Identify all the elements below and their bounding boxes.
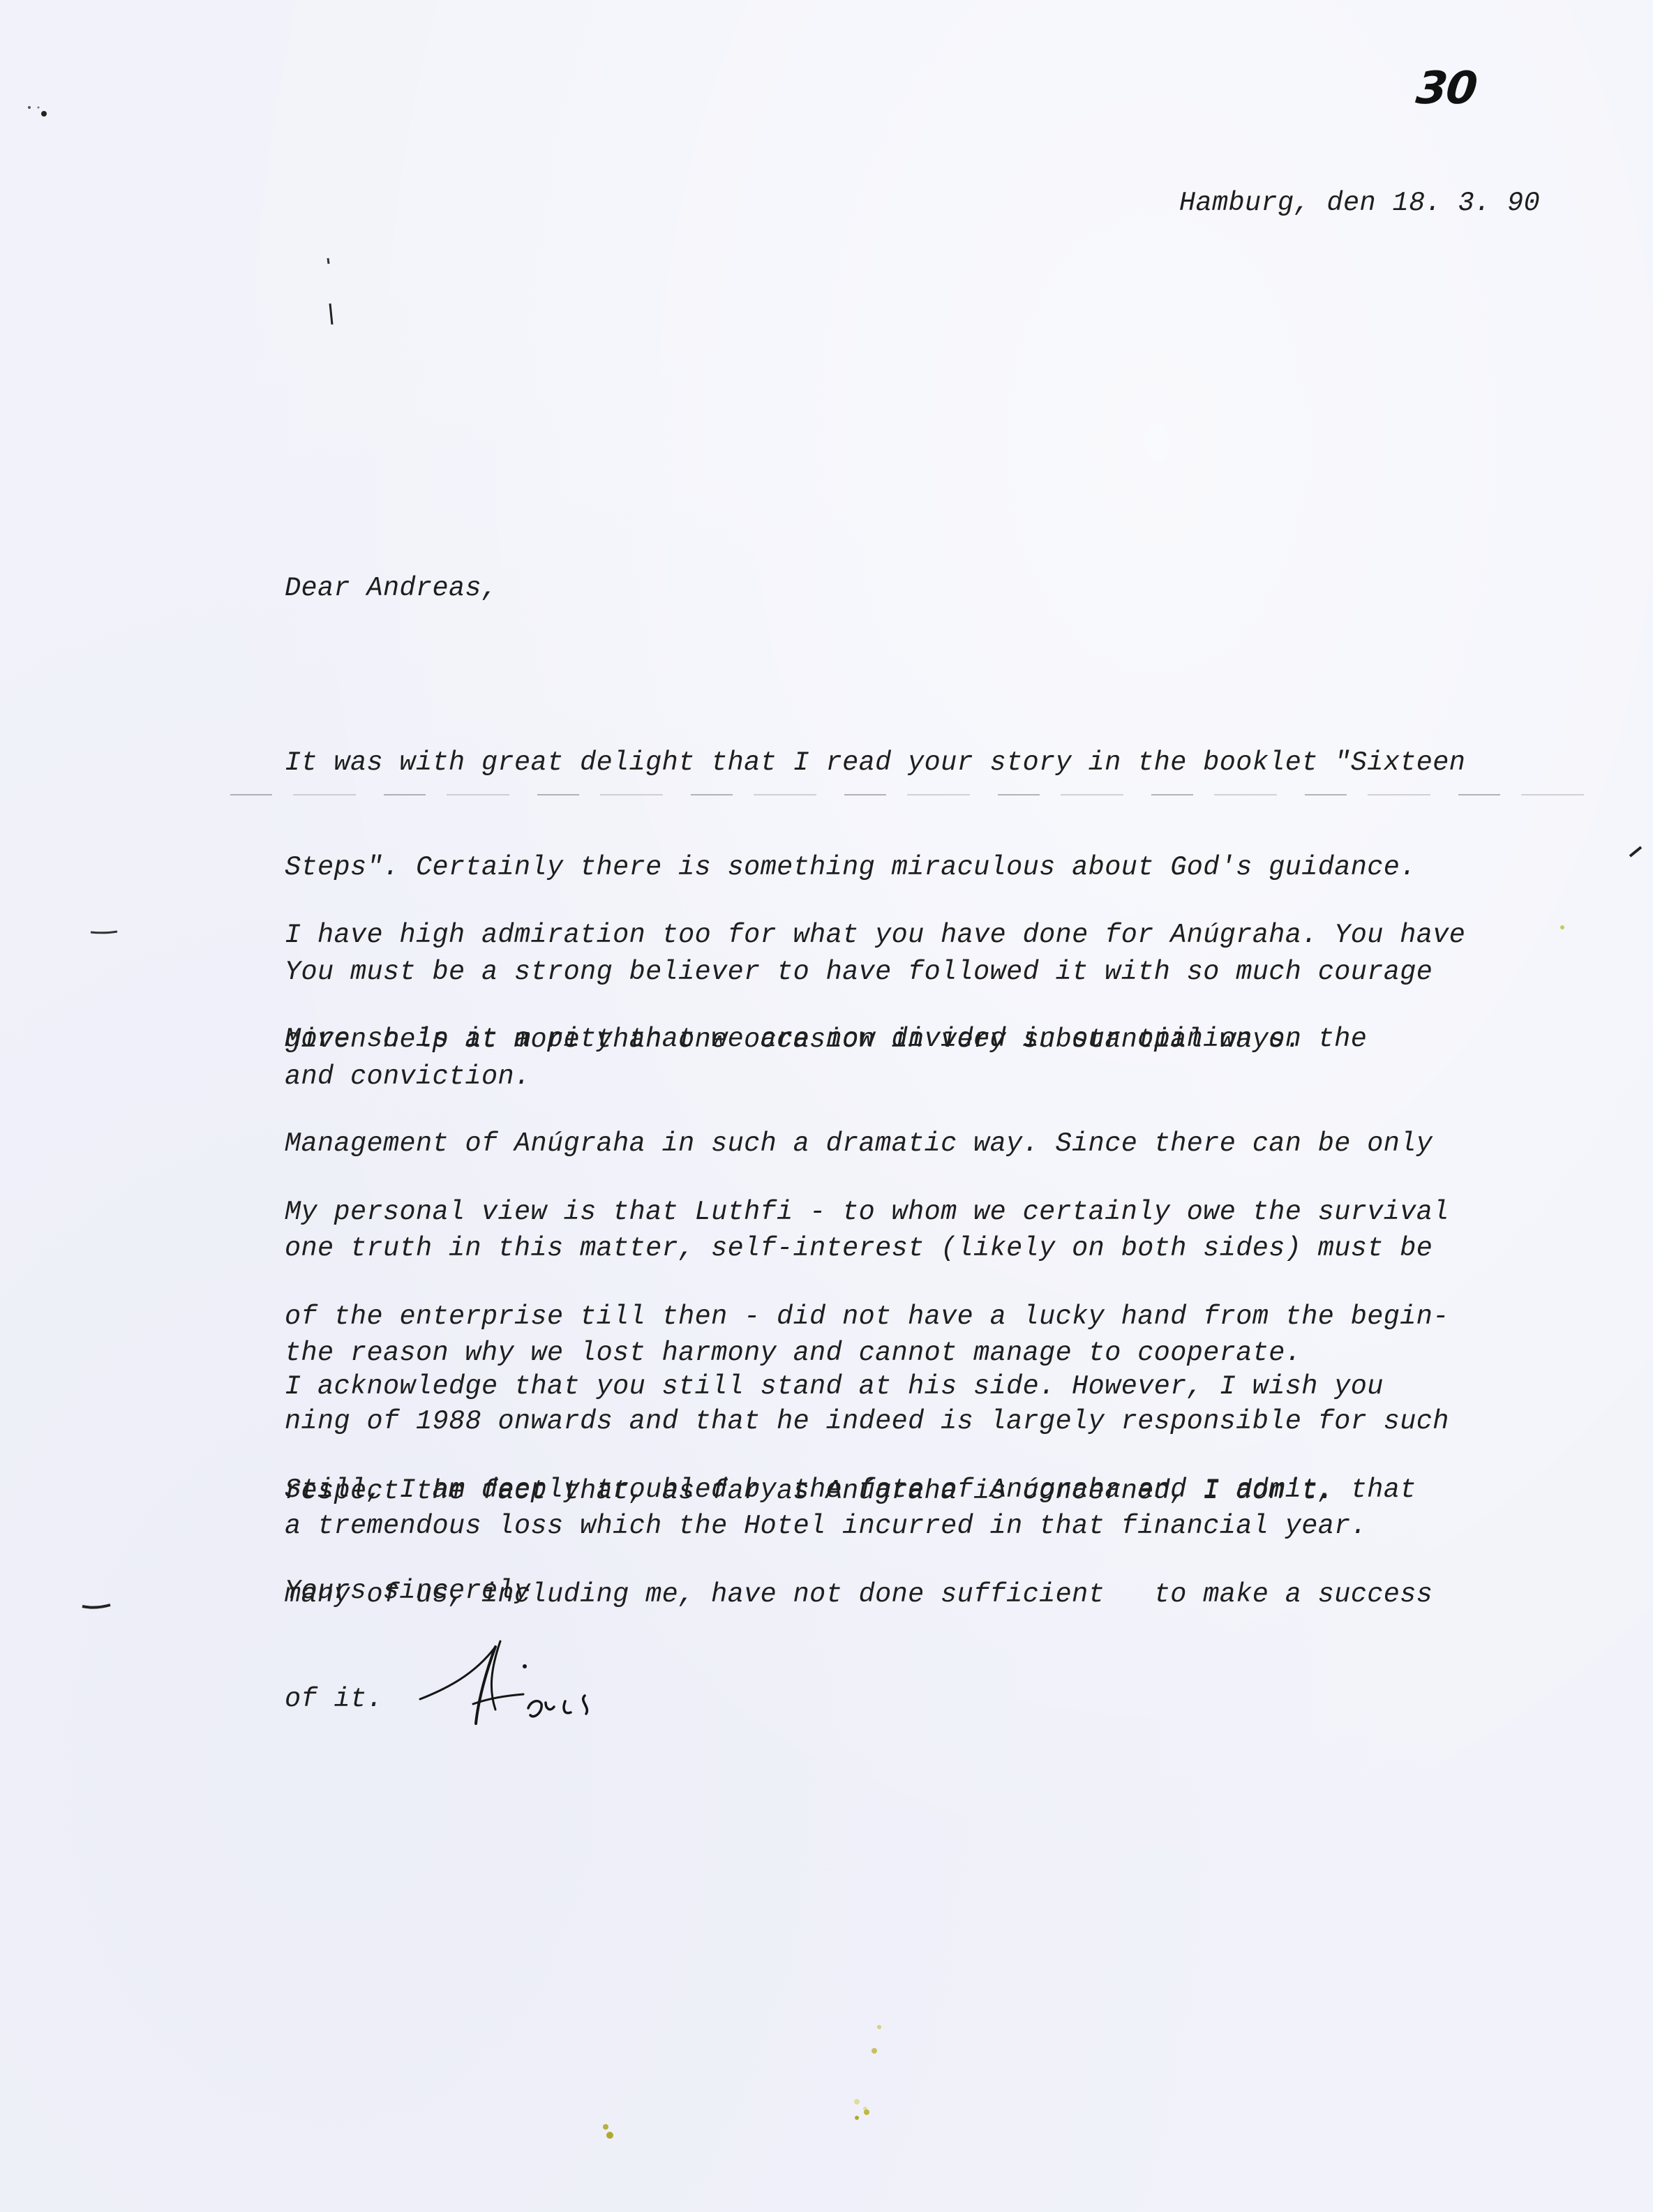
- paragraph-line: I have high admiration too for what you …: [285, 918, 1465, 952]
- salutation: Dear Andreas,: [285, 571, 498, 606]
- closing: Yours sincerely: [285, 1574, 531, 1608]
- handwritten-page-number: 30: [1414, 63, 1479, 114]
- handwritten-signature: Hans: [419, 1626, 600, 1731]
- paragraph-line: I acknowledge that you still stand at hi…: [285, 1369, 1384, 1404]
- place-date: Hamburg, den 18. 3. 90: [1179, 186, 1540, 221]
- paragraph-line: My personal view is that Luthfi - to who…: [285, 1195, 1449, 1230]
- paragraph-line: Still, I am deeply troubled by the fate …: [285, 1472, 1433, 1507]
- paragraph-line: More so is it a pity that we are now div…: [285, 1022, 1433, 1056]
- paragraph-line: It was with great delight that I read yo…: [285, 745, 1465, 780]
